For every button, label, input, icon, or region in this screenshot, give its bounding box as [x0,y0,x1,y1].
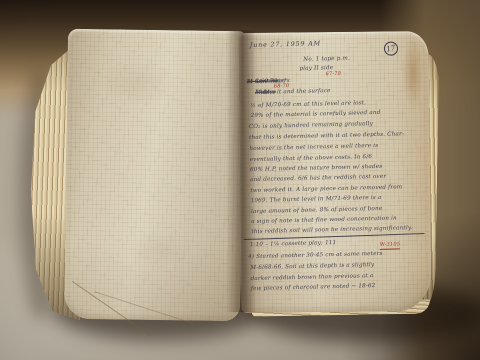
red-correction: 67-70 [326,72,342,77]
handwriting-line: however is the net increase a well there… [249,144,378,153]
handwriting-line: ½ of M/70-69 cm at this level are lost, [250,101,366,109]
paper-stain [125,230,195,267]
handwriting-line: CO₂ is only hundred remaining gradually [249,122,373,131]
red-label: W-3105 [380,242,401,249]
handwriting-line: 60% H.P. noted the nature brown w/ shade… [250,165,383,174]
handwriting-line: 4) Started another 30-45 cm at same mete… [248,252,383,261]
handwriting-line: that this is determined with it at two d… [249,132,404,141]
handwriting-layer: June 27, 1959 AM 17 No. 1 tape p.m. play… [237,30,434,315]
right-page-written: June 27, 1959 AM 17 No. 1 tape p.m. play… [239,31,432,313]
handwriting-line: and decreased. 6/6 has the reddish cast … [250,175,386,184]
handwriting-line: No. 1 tape p.m. [303,57,350,64]
handwriting-line: darker reddish brown than previous at a [251,274,374,283]
entry3-line2-rest: . Altho it and the surface [255,89,331,96]
page-number-badge: 17 [383,40,399,56]
notebook-photo: June 27, 1959 AM 17 No. 1 tape p.m. play… [0,0,480,360]
handwriting-line: 29% of the material is carefully sieved … [251,111,381,120]
handwriting-line: large amount of bone. 8% of pieces of bo… [251,207,383,216]
handwriting-line: M-6/68-66. Soil at this depth is a sligh… [250,263,374,272]
handwriting-line: 1969. The burnt level in M/71-69 there i… [251,196,382,205]
handwritten-date: June 27, 1959 AM [250,40,321,48]
center-gutter-shadow [226,30,256,312]
paper-stain [97,59,178,106]
handwriting-line: two worked it. A large piece can be remo… [250,185,402,194]
handwriting-line: few pieces of charcoal are noted ~ 18-62 [251,284,376,293]
handwriting-line: 1:10 – 1¼ cassette play; 111 [250,241,337,249]
handwriting-line: a sign of note is that fine wood concent… [251,217,397,226]
handwriting-line: eventually that if the above costs. In 6… [250,155,373,164]
left-page-blank [64,29,244,321]
